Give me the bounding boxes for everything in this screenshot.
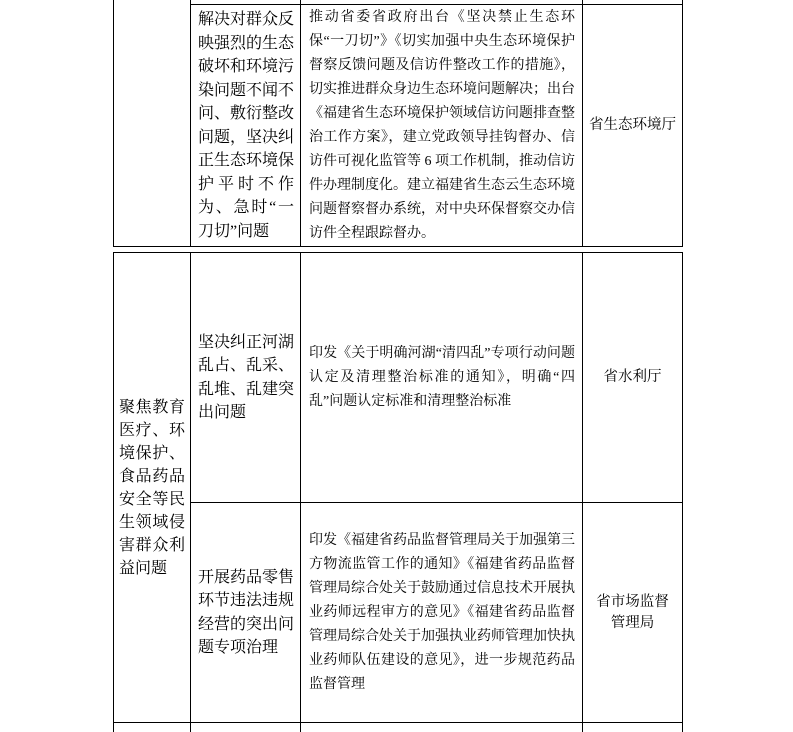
cell-problem-river: 坚决纠正河湖乱占、乱采、乱堆、乱建突出问题 [191, 253, 301, 503]
department-text-eco: 省生态环境厅 [589, 115, 676, 136]
table-row-eco-environment: 解决对群众反映强烈的生态破坏和环境污染问题不闻不问、敷衍整改问题，坚决纠正生态环… [113, 4, 683, 247]
table-row-livelihood: 聚焦教育医疗、环境保护、食品药品安全等民生领域侵害群众利益问题 坚决纠正河湖乱占… [113, 252, 683, 723]
cell-focus-continued [114, 4, 191, 246]
cell-department-river: 省水利厅 [583, 253, 683, 503]
measures-text-river: 印发《关于明确河湖“清四乱”专项行动问题认定及清理整治标准的通知》，明确“四乱”… [309, 342, 575, 414]
measures-text-drug: 印发《福建省药品监督管理局关于加强第三方物流监管工作的通知》《福建省药品监督管理… [309, 529, 575, 697]
cell-focus-livelihood: 聚焦教育医疗、环境保护、食品药品安全等民生领域侵害群众利益问题 [114, 253, 191, 722]
problem-text-drug: 开展药品零售环节违法违规经营的突出问题专项治理 [198, 566, 294, 660]
stub-cell [301, 723, 583, 732]
problem-text-eco: 解决对群众反映强烈的生态破坏和环境污染问题不闻不问、敷衍整改问题，坚决纠正生态环… [198, 8, 294, 243]
cell-problem-drug: 开展药品零售环节违法违规经营的突出问题专项治理 [191, 503, 301, 722]
cell-department-eco: 省生态环境厅 [583, 4, 683, 246]
cell-department-drug: 省市场监督管理局 [583, 503, 683, 722]
department-text-drug: 省市场监督管理局 [596, 592, 670, 634]
measures-text-eco: 推动省委省政府出台《坚决禁止生态环保“一刀切”》《切实加强中央生态环境保护督察反… [309, 6, 575, 246]
stub-cell [583, 723, 683, 732]
cell-measures-eco: 推动省委省政府出台《坚决禁止生态环保“一刀切”》《切实加强中央生态环境保护督察反… [301, 4, 583, 246]
table-row-next-partial [113, 723, 683, 732]
stub-cell [191, 723, 301, 732]
cell-measures-river: 印发《关于明确河湖“清四乱”专项行动问题认定及清理整治标准的通知》，明确“四乱”… [301, 253, 583, 503]
problem-text-river: 坚决纠正河湖乱占、乱采、乱堆、乱建突出问题 [198, 331, 294, 425]
focus-text-livelihood: 聚焦教育医疗、环境保护、食品药品安全等民生领域侵害群众利益问题 [119, 396, 185, 580]
department-text-river: 省水利厅 [604, 367, 662, 388]
cell-problem-eco: 解决对群众反映强烈的生态破坏和环境污染问题不闻不问、敷衍整改问题，坚决纠正生态环… [191, 4, 301, 246]
stub-cell [114, 723, 191, 732]
cell-measures-drug: 印发《福建省药品监督管理局关于加强第三方物流监管工作的通知》《福建省药品监督管理… [301, 503, 583, 722]
